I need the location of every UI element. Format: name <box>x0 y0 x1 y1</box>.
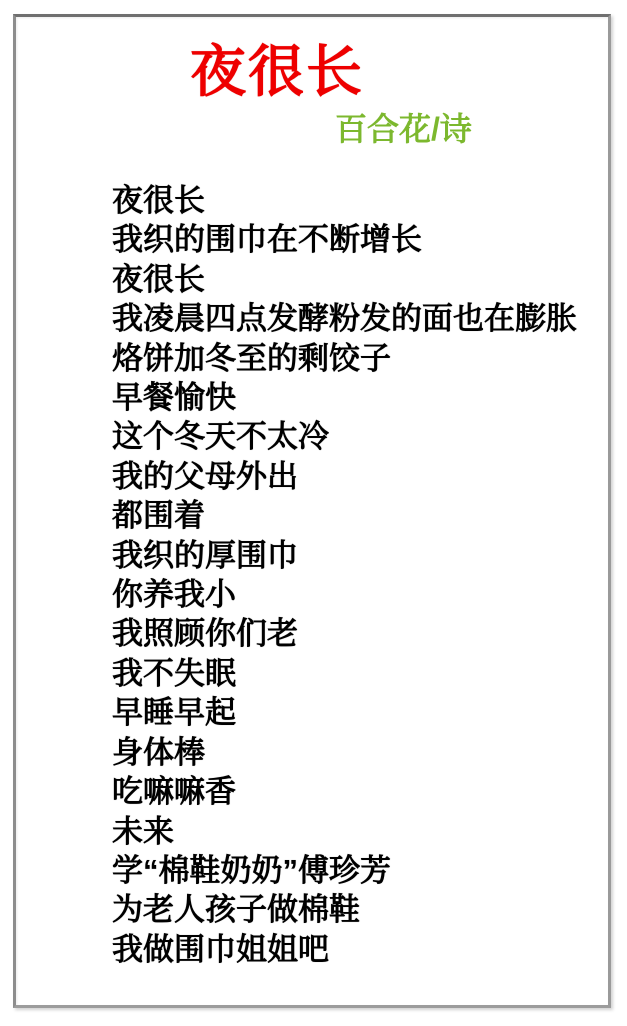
poem-line: 你养我小 <box>112 575 577 614</box>
poem-line: 早餐愉快 <box>112 378 577 417</box>
poem-line: 这个冬天不太冷 <box>112 417 577 456</box>
poem-line: 早睡早起 <box>112 693 577 732</box>
poem-line: 吃嘛嘛香 <box>112 772 577 811</box>
poem-author-line: 百合花/诗 <box>335 112 472 147</box>
poem-line: 我照顾你们老 <box>112 614 577 653</box>
poem-line: 为老人孩子做棉鞋 <box>112 890 577 929</box>
poem-line: 夜很长 <box>112 181 577 220</box>
poem-line: 身体棒 <box>112 733 577 772</box>
poem-line: 我织的围巾在不断增长 <box>112 220 577 259</box>
poem-line: 烙饼加冬至的剩饺子 <box>112 339 577 378</box>
poem-line: 都围着 <box>112 496 577 535</box>
poem-line: 我不失眠 <box>112 654 577 693</box>
poem-line: 未来 <box>112 812 577 851</box>
poem-line: 我做围巾姐姐吧 <box>112 930 577 969</box>
poem-line: 学“棉鞋奶奶”傅珍芳 <box>112 851 577 890</box>
slide-canvas: 夜很长 百合花/诗 夜很长 我织的围巾在不断增长 夜很长 我凌晨四点发酵粉发的面… <box>0 0 627 1026</box>
poem-line: 夜很长 <box>112 260 577 299</box>
poem-line: 我织的厚围巾 <box>112 536 577 575</box>
poem-line: 我的父母外出 <box>112 457 577 496</box>
poem-title: 夜很长 <box>190 44 364 100</box>
poem-line: 我凌晨四点发酵粉发的面也在膨胀 <box>112 299 577 338</box>
poem-body: 夜很长 我织的围巾在不断增长 夜很长 我凌晨四点发酵粉发的面也在膨胀 烙饼加冬至… <box>112 181 577 969</box>
